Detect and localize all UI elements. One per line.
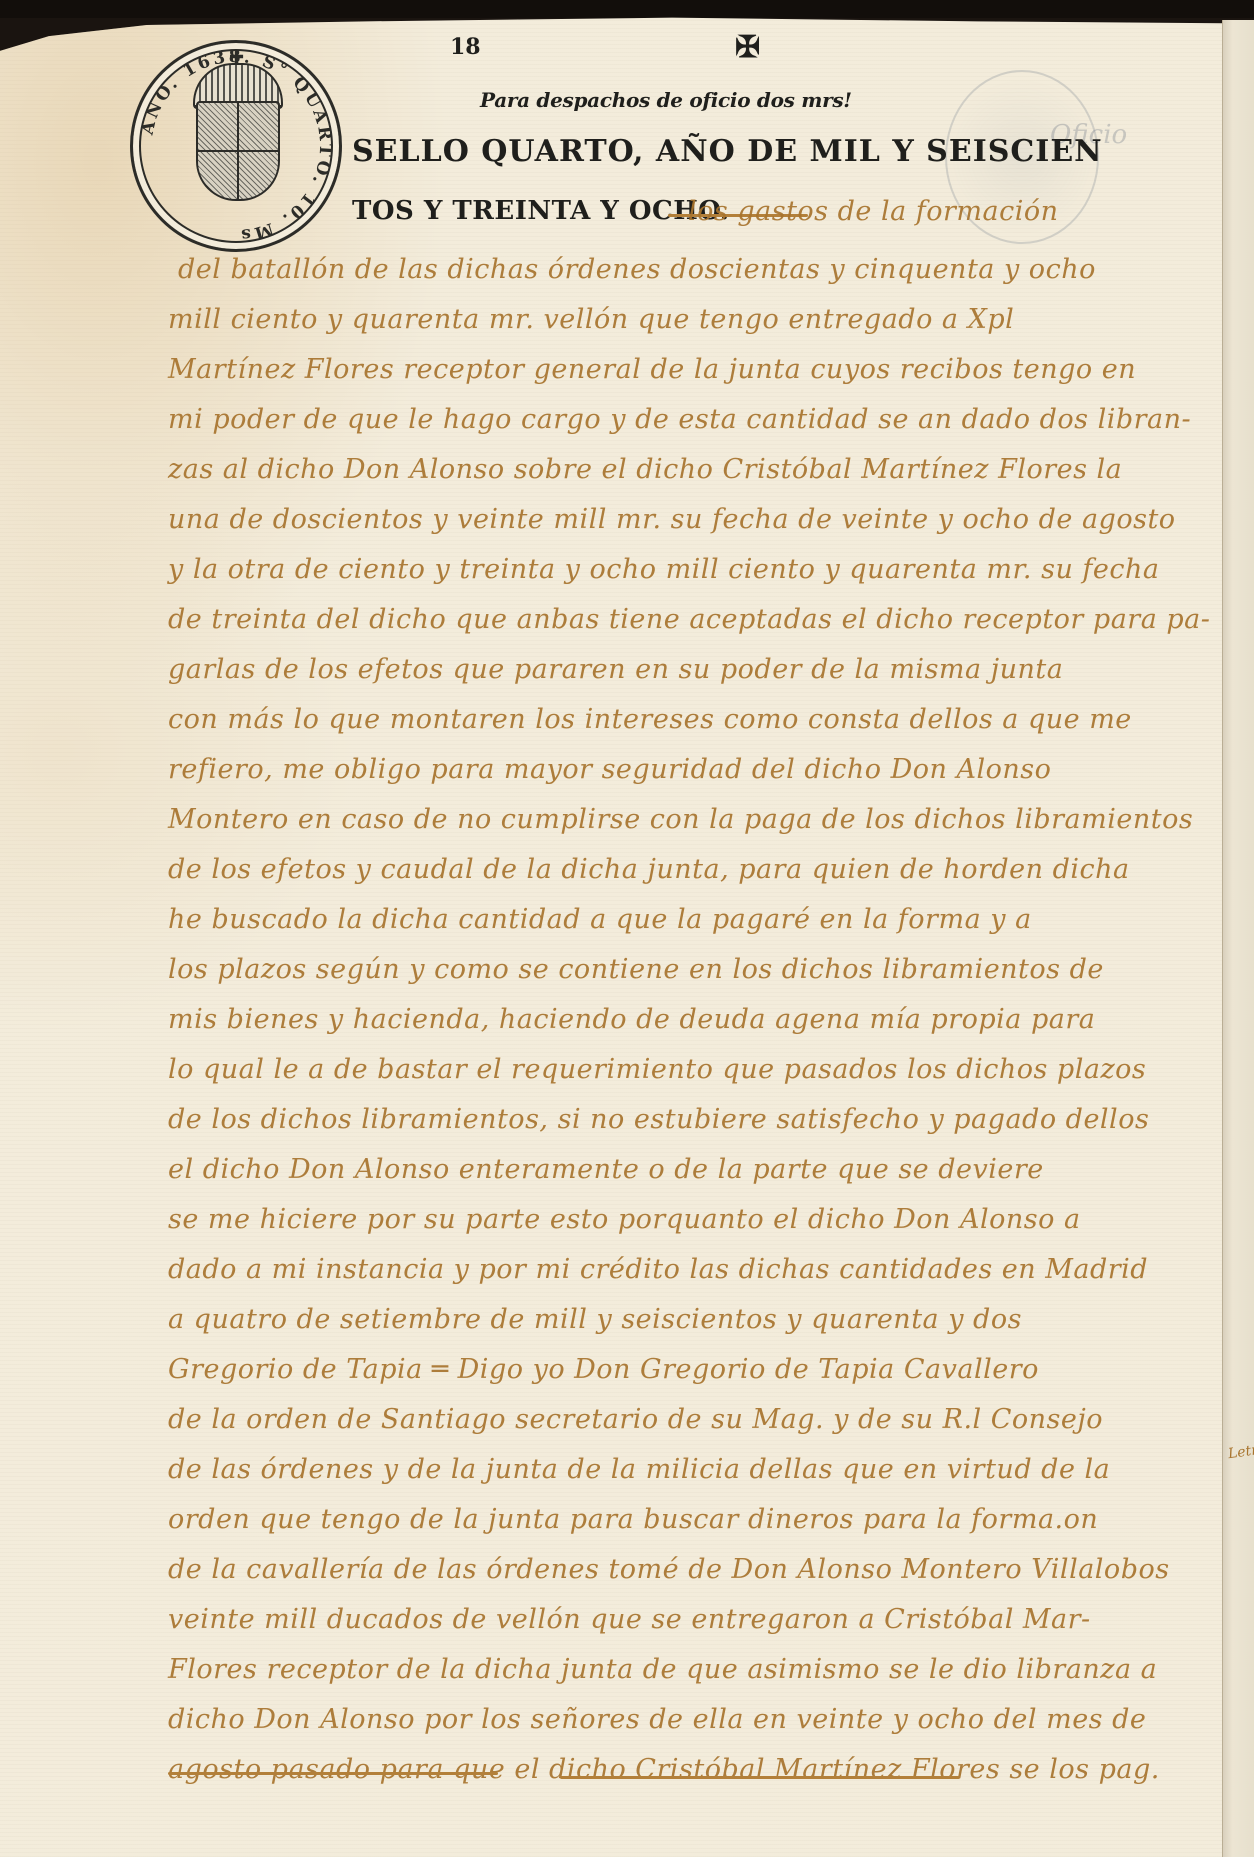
stamp-seal: ANO. 1638. S° QUARTO. 10. Ms ✚: [130, 40, 342, 252]
manuscript-line: agosto pasado para que el dicho Cristóba…: [168, 1754, 1160, 1785]
manuscript-line: de los dichos libramientos, si no estubi…: [168, 1104, 1149, 1135]
manuscript-line: los gastos de la formación: [688, 196, 1059, 227]
manuscript-line: Gregorio de Tapia ═ Digo yo Don Gregorio…: [168, 1354, 1039, 1385]
manuscript-line: de las órdenes y de la junta de la milic…: [168, 1454, 1110, 1485]
printed-header-line-1: Para despachos de oficio dos mrs!: [480, 88, 852, 112]
manuscript-line: Flores receptor de la dicha junta de que…: [168, 1654, 1157, 1685]
manuscript-line: mill ciento y quarenta mr. vellón que te…: [168, 304, 1014, 335]
manuscript-line: de la cavallería de las órdenes tomé de …: [168, 1554, 1170, 1585]
printed-header-line-2: SELLO QUARTO, AÑO DE MIL Y SEISCIEN: [352, 134, 1103, 169]
manuscript-line: de los efetos y caudal de la dicha junta…: [168, 854, 1130, 885]
coat-of-arms-icon: [196, 101, 280, 201]
manuscript-line: Martínez Flores receptor general de la j…: [168, 354, 1136, 385]
manuscript-line: veinte mill ducados de vellón que se ent…: [168, 1604, 1091, 1635]
printed-header-line-3: TOS Y TREINTA Y OCHO.: [352, 196, 729, 226]
manuscript-line: una de doscientos y veinte mill mr. su f…: [168, 504, 1176, 535]
manuscript-line: con más lo que montaren los intereses co…: [168, 704, 1132, 735]
next-page-edge: [1222, 20, 1254, 1857]
manuscript-line: se me hiciere por su parte esto porquant…: [168, 1204, 1081, 1235]
manuscript-line: refiero, me obligo para mayor seguridad …: [168, 754, 1051, 785]
manuscript-line: mi poder de que le hago cargo y de esta …: [168, 404, 1191, 435]
manuscript-line: lo qual le a de bastar el requerimiento …: [168, 1054, 1146, 1085]
folio-mark: 18: [450, 34, 481, 60]
manuscript-line: Montero en caso de no cumplirse con la p…: [168, 804, 1193, 835]
manuscript-line: dicho Don Alonso por los señores de ella…: [168, 1704, 1146, 1735]
manuscript-line: del batallón de las dichas órdenes dosci…: [178, 254, 1096, 285]
scan-background: [0, 0, 1254, 18]
manuscript-line: zas al dicho Don Alonso sobre el dicho C…: [168, 454, 1122, 485]
margin-note: Letr.: [1227, 1442, 1254, 1462]
closing-rule-left: [168, 1772, 498, 1775]
manuscript-line: de la orden de Santiago secretario de su…: [168, 1404, 1103, 1435]
closing-rule-right: [560, 1776, 960, 1779]
manuscript-line: los plazos según y como se contiene en l…: [168, 954, 1104, 985]
manuscript-line: mis bienes y hacienda, haciendo de deuda…: [168, 1004, 1095, 1035]
manuscript-line: el dicho Don Alonso enteramente o de la …: [168, 1154, 1044, 1185]
manuscript-line: orden que tengo de la junta para buscar …: [168, 1504, 1098, 1535]
manuscript-line: dado a mi instancia y por mi crédito las…: [168, 1254, 1148, 1285]
manuscript-line: de treinta del dicho que anbas tiene ace…: [168, 604, 1210, 635]
cross-icon: ✠: [735, 30, 760, 65]
manuscript-line: a quatro de setiembre de mill y seiscien…: [168, 1304, 1022, 1335]
manuscript-line: y la otra de ciento y treinta y ocho mil…: [168, 554, 1160, 585]
manuscript-line: he buscado la dicha cantidad a que la pa…: [168, 904, 1032, 935]
manuscript-line: garlas de los efetos que pararen en su p…: [168, 654, 1063, 685]
